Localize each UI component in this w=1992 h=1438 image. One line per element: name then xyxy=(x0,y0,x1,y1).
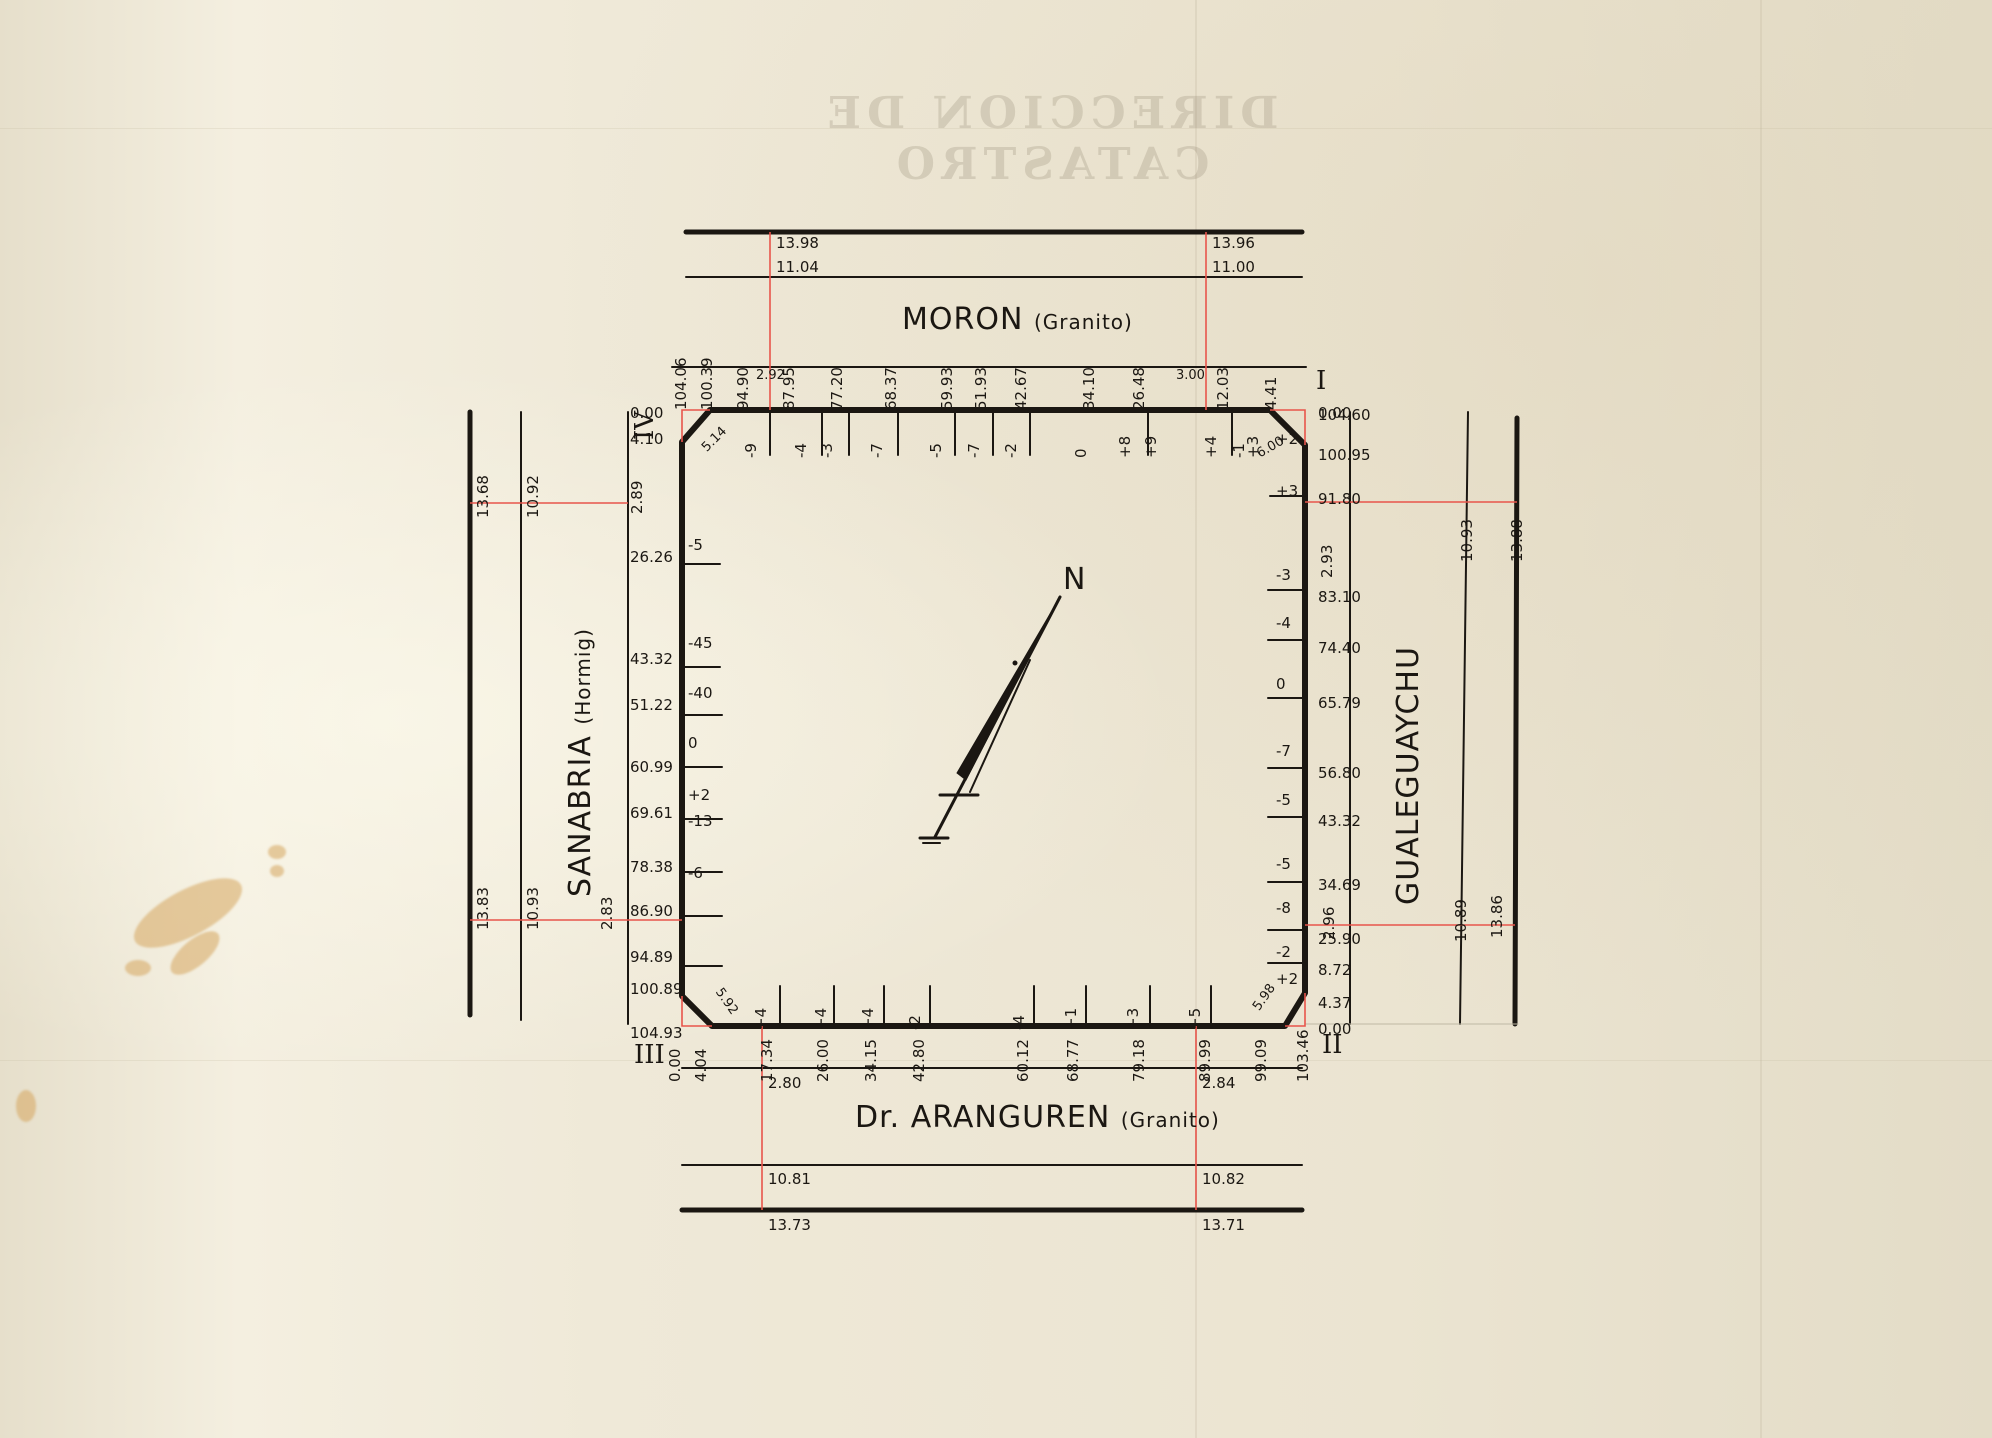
sidewalk-label: 2.83 xyxy=(598,897,616,930)
offset-label: +1 xyxy=(1062,1008,1080,1030)
chainage-label: 69.61 xyxy=(630,804,673,822)
chainage-label: 74.40 xyxy=(1318,639,1361,657)
width-label: 13.88 xyxy=(1508,519,1526,562)
chainage-label: 4.41 xyxy=(1262,377,1280,410)
offset-label: +5 xyxy=(1186,1008,1204,1030)
offset-label: +2 xyxy=(1276,430,1298,448)
chainage-label: 43.32 xyxy=(1318,812,1361,830)
street-name: Dr. ARANGUREN xyxy=(855,1100,1110,1135)
chainage-label: 0.00 xyxy=(630,404,663,422)
sidewalk-label: 2.93 xyxy=(1318,545,1336,578)
offset-label: -2 xyxy=(906,1015,924,1030)
offset-label: -5 xyxy=(1276,855,1291,873)
chainage-label: 51.22 xyxy=(630,696,673,714)
offset-label: -6 xyxy=(688,864,703,882)
offset-label: +3 xyxy=(1124,1008,1142,1030)
offset-label: -2 xyxy=(1276,943,1291,961)
offset-label: -4 xyxy=(1010,1015,1028,1030)
chainage-label: 79.18 xyxy=(1130,1039,1148,1082)
chainage-label: 86.90 xyxy=(630,902,673,920)
offset-label: -5 xyxy=(927,443,945,458)
chainage-label: 51.93 xyxy=(972,367,990,410)
chainage-label: 89.99 xyxy=(1196,1039,1214,1082)
offset-label: -13 xyxy=(688,812,713,830)
chainage-label: 91.80 xyxy=(1318,490,1361,508)
width-label: 10.81 xyxy=(768,1170,811,1188)
chainage-label: 17.34 xyxy=(758,1039,776,1082)
offset-label: +9 xyxy=(1142,436,1160,458)
chainage-label: 26.26 xyxy=(630,548,673,566)
offset-label: 0 xyxy=(1072,448,1090,458)
street-name: GUALEGUAYCHU xyxy=(1391,646,1426,905)
chainage-label: 0.00 xyxy=(666,1049,684,1082)
offset-label: +2 xyxy=(1276,970,1298,988)
offset-label: -8 xyxy=(1276,899,1291,917)
width-label: 10.89 xyxy=(1452,899,1470,942)
width-label: 10.82 xyxy=(1202,1170,1245,1188)
chainage-label: 104.60 xyxy=(1318,406,1371,424)
offset-label: 0 xyxy=(688,734,698,752)
chainage-label: 100.39 xyxy=(698,358,716,411)
width-label: 13.96 xyxy=(1212,234,1255,252)
offset-label: -4 xyxy=(1276,614,1291,632)
offset-label: +2 xyxy=(688,786,710,804)
offset-label: -7 xyxy=(1276,742,1291,760)
offset-label: -7 xyxy=(965,443,983,458)
block-plan xyxy=(0,0,1992,1438)
chainage-label: 99.09 xyxy=(1252,1039,1270,1082)
chainage-label: 68.37 xyxy=(882,367,900,410)
chainage-label: 34.69 xyxy=(1318,876,1361,894)
offset-label: +4 xyxy=(812,1008,830,1030)
chainage-label: 83.10 xyxy=(1318,588,1361,606)
offset-label: -45 xyxy=(688,634,713,652)
sidewalk-label: 2.89 xyxy=(628,481,646,514)
chainage-label: 4.10 xyxy=(630,430,663,448)
street-name-sanabria: SANABRIA (Hormig) xyxy=(563,628,598,897)
offset-label: +4 xyxy=(752,1008,770,1030)
street-material: (Hormig) xyxy=(571,628,595,725)
width-label: 10.92 xyxy=(524,475,542,518)
offset-label: -40 xyxy=(688,684,713,702)
street-name-moron: MORON (Granito) xyxy=(902,302,1133,337)
corner-label-III: III xyxy=(634,1040,665,1070)
chainage-label: 94.90 xyxy=(734,367,752,410)
offset-label: -2 xyxy=(1002,443,1020,458)
chainage-label: 100.89 xyxy=(630,980,683,998)
sidewalk-label: 3.00 xyxy=(1176,368,1205,383)
chainage-label: 34.10 xyxy=(1080,367,1098,410)
offset-label: -9 xyxy=(742,443,760,458)
chainage-label: 34.15 xyxy=(862,1039,880,1082)
chainage-label: 25.90 xyxy=(1318,930,1361,948)
width-label: 13.98 xyxy=(776,234,819,252)
chainage-label: 43.32 xyxy=(630,650,673,668)
offset-label: -5 xyxy=(1276,791,1291,809)
width-label: 13.73 xyxy=(768,1216,811,1234)
chainage-label: 104.06 xyxy=(672,358,690,411)
offset-label: +3 xyxy=(1276,482,1298,500)
offset-label: -3 xyxy=(1276,566,1291,584)
chainage-label: 87.95 xyxy=(780,367,798,410)
chainage-label: 12.03 xyxy=(1214,367,1232,410)
corner-label-I: I xyxy=(1316,366,1326,396)
chainage-label: 4.04 xyxy=(692,1049,710,1082)
street-name: MORON xyxy=(902,302,1023,337)
chainage-label: 56.80 xyxy=(1318,764,1361,782)
chainage-label: 60.99 xyxy=(630,758,673,776)
width-label: 13.71 xyxy=(1202,1216,1245,1234)
offset-label: +4 xyxy=(1202,436,1220,458)
width-label: 11.04 xyxy=(776,258,819,276)
chainage-label: 104.93 xyxy=(630,1024,683,1042)
chainage-label: 94.89 xyxy=(630,948,673,966)
chainage-label: 78.38 xyxy=(630,858,673,876)
width-label: 10.93 xyxy=(1458,519,1476,562)
chainage-label: 26.00 xyxy=(814,1039,832,1082)
north-label: N xyxy=(1063,562,1085,597)
width-label: 10.93 xyxy=(524,887,542,930)
offset-label: -5 xyxy=(688,536,703,554)
offset-label: -4 xyxy=(792,443,810,458)
chainage-label: 0.00 xyxy=(1318,1020,1351,1038)
offset-label: -7 xyxy=(868,443,886,458)
chainage-label: 77.20 xyxy=(828,367,846,410)
chainage-label: 100.95 xyxy=(1318,446,1371,464)
offset-label: +8 xyxy=(1116,436,1134,458)
chainage-label: 4.37 xyxy=(1318,994,1351,1012)
chainage-label: 60.12 xyxy=(1014,1039,1032,1082)
width-label: 13.86 xyxy=(1488,895,1506,938)
chainage-label: 26.48 xyxy=(1130,367,1148,410)
offset-label: +3 xyxy=(1244,436,1262,458)
street-name: SANABRIA xyxy=(563,735,598,897)
width-label: 11.00 xyxy=(1212,258,1255,276)
width-label: 13.83 xyxy=(474,887,492,930)
chainage-label: 8.72 xyxy=(1318,961,1351,979)
north-arrow-icon xyxy=(920,597,1060,843)
street-name-aranguren: Dr. ARANGUREN (Granito) xyxy=(855,1100,1220,1135)
street-material: (Granito) xyxy=(1034,310,1133,334)
street-material: (Granito) xyxy=(1121,1108,1220,1132)
offset-label: -3 xyxy=(818,443,836,458)
chainage-label: 103.46 xyxy=(1294,1030,1312,1083)
chainage-label: 42.80 xyxy=(910,1039,928,1082)
chainage-label: 59.93 xyxy=(938,367,956,410)
chainage-label: 68.77 xyxy=(1064,1039,1082,1082)
offset-label: +4 xyxy=(859,1008,877,1030)
chainage-label: 65.79 xyxy=(1318,694,1361,712)
width-label: 13.68 xyxy=(474,475,492,518)
offset-label: 0 xyxy=(1276,675,1286,693)
street-name-gualeguaychu: GUALEGUAYCHU xyxy=(1391,646,1426,905)
chainage-label: 42.67 xyxy=(1012,367,1030,410)
